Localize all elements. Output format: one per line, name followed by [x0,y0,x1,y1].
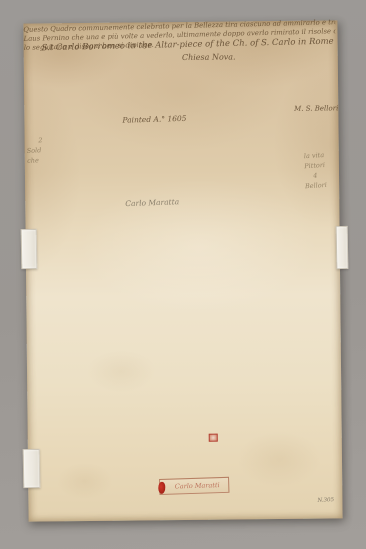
inscription-subtitle: Chiesa Nova. [154,52,264,62]
hinge-tab-left-top [21,229,38,269]
margin-note: Bellori [294,179,339,192]
photo-backdrop: S.t Carlo Borromeo in the Altar-piece of… [0,0,366,549]
document-sheet-verso: S.t Carlo Borromeo in the Altar-piece of… [23,20,342,521]
inscription-dated: Painted A.° 1605 [122,112,242,124]
corner-number-note: N.305 [317,497,334,504]
margin-note: 2 [38,135,43,145]
collection-label-text: Carlo Maratti [168,481,226,491]
inscription-paragraph: Questo Quadro communemente celebrato per… [23,18,336,53]
margin-note: Sold [27,145,44,156]
collection-label: Carlo Maratti [159,477,229,495]
margin-note: che [27,155,44,166]
inscription-signature: M. S. Bellori [282,104,338,113]
margin-notes-right: la vita Pittori 4 Bellori [292,149,338,192]
hinge-tab-right [336,226,349,269]
collector-stamp [209,434,218,442]
wax-seal-fragment [158,482,165,494]
pencil-attribution: Carlo Maratta [125,195,245,208]
hinge-tab-left-bottom [23,449,41,488]
margin-notes-left: 2 Sold che [26,135,43,166]
